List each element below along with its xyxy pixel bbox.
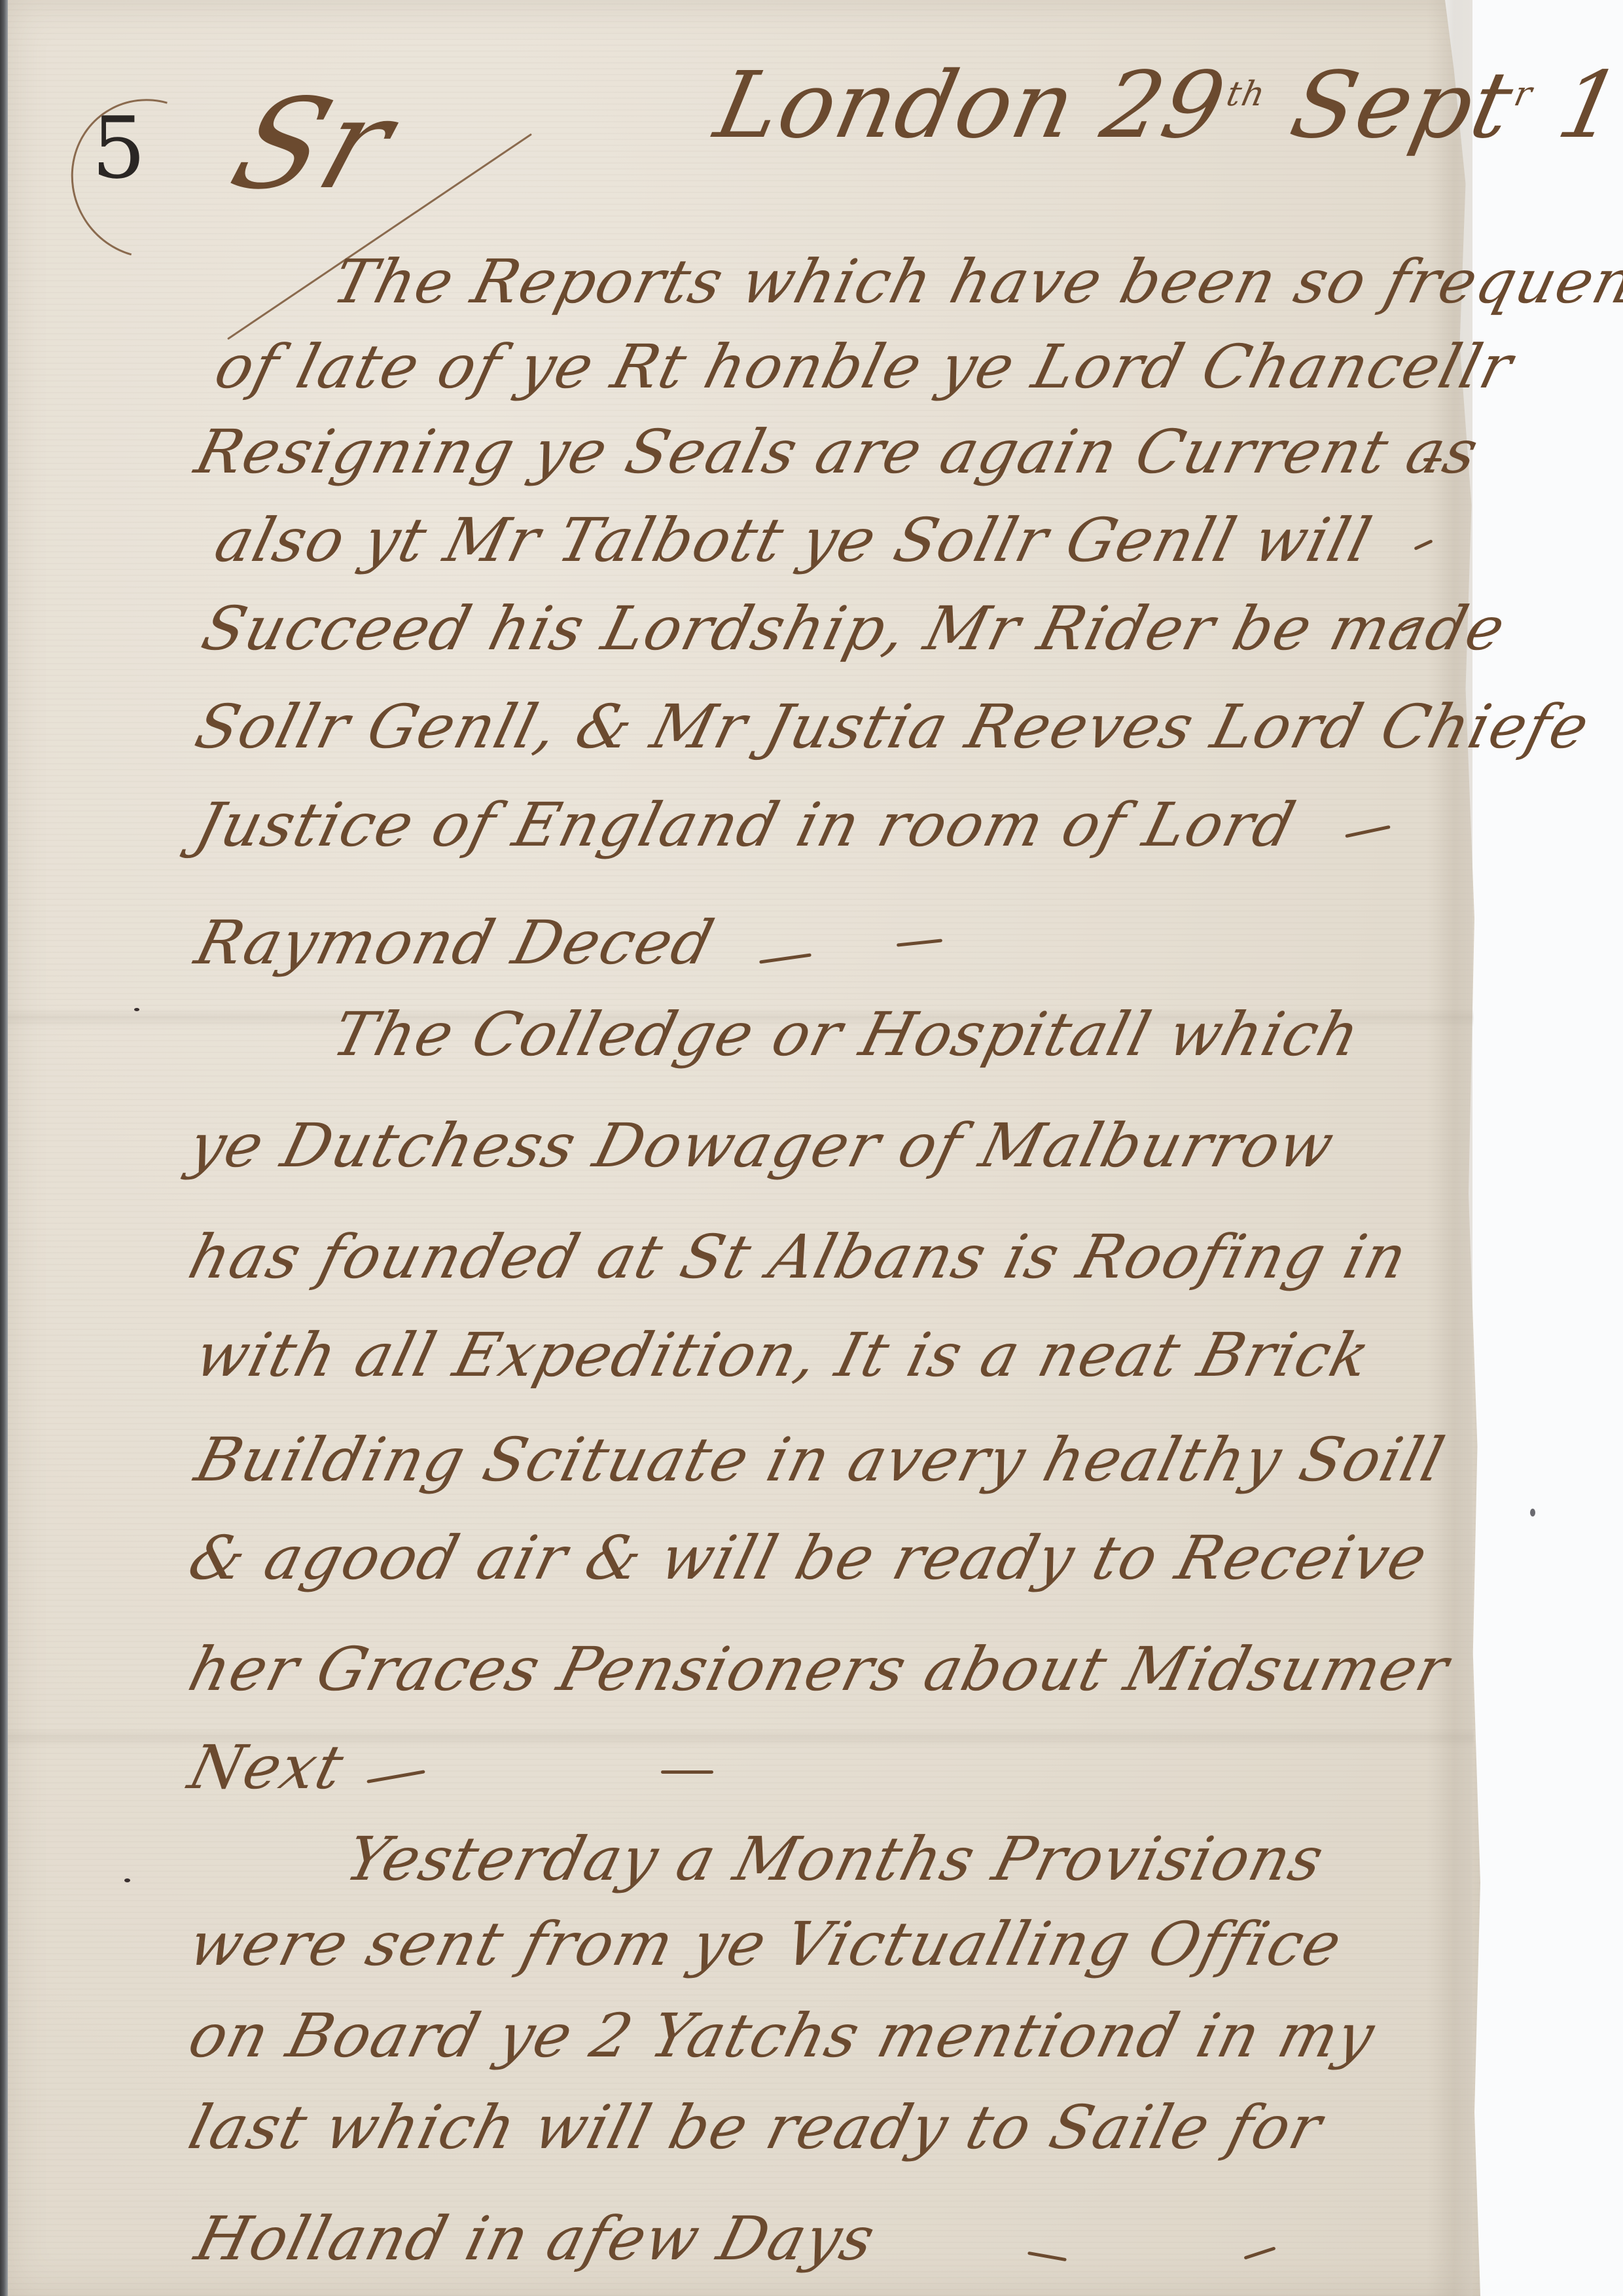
letter-line-18: were sent from ye Victualling Office	[183, 1914, 1348, 1975]
letter-line-13: Building Scituate in avery healthy Soill	[190, 1430, 1451, 1490]
letter-line-3: Resigning ye Seals are again Current as	[190, 422, 1485, 482]
letter-line-14: & agood air & will be ready to Receive	[183, 1528, 1434, 1588]
line-end-dash	[661, 1770, 713, 1774]
letter-line-5: Succeed his Lordship, Mr Rider be made	[196, 599, 1512, 659]
letter-line-17: Yesterday a Months Provisions	[340, 1829, 1330, 1890]
letter-line-19: on Board ye 2 Yatchs mentiond in my	[183, 2006, 1381, 2066]
letter-line-16: Next	[183, 1738, 350, 1798]
dateline-month: Sept	[1282, 52, 1522, 159]
dateline-place: London	[707, 52, 1085, 159]
dateline-year: 1733	[1549, 52, 1623, 159]
letter-line-20: last which will be ready to Saile for	[183, 2098, 1329, 2158]
line-end-dash	[1423, 458, 1442, 461]
letter-line-11: has founded at St Albans is Roofing in	[183, 1227, 1414, 1287]
letter-line-4: also yt Mr Talbott ye Sollr Genll will	[209, 511, 1378, 571]
letter-line-21: Holland in afew Days	[190, 2209, 882, 2269]
letter-line-9: The Colledge or Hospitall which	[327, 1005, 1366, 1065]
dateline-day-suffix: th	[1223, 75, 1270, 114]
letter-line-10: ye Dutchess Dowager of Malburrow	[183, 1116, 1340, 1176]
letter-line-15: her Graces Pensioners about Midsumer	[183, 1640, 1455, 1700]
scan-edge-strip	[0, 0, 8, 2296]
ink-speck	[124, 1878, 130, 1882]
scanner-speck	[1530, 1509, 1535, 1516]
letter-line-12: with all Expedition, It is a neat Brick	[190, 1325, 1376, 1386]
letter-line-8: Raymond Deced	[190, 913, 720, 973]
letter-line-7: Justice of England in room of Lord	[190, 795, 1302, 855]
letter-line-6: Sollr Genll, & Mr Justia Reeves Lord Chi…	[190, 697, 1596, 757]
dateline-day: 29	[1093, 52, 1235, 159]
ink-speck	[134, 1008, 139, 1011]
letter-line-2: of late of ye Rt honble ye Lord Chancell…	[209, 337, 1519, 397]
letter-line-1: The Reports which have been so frequent	[327, 252, 1623, 312]
dateline: London 29th Septr 1733	[707, 52, 1623, 159]
